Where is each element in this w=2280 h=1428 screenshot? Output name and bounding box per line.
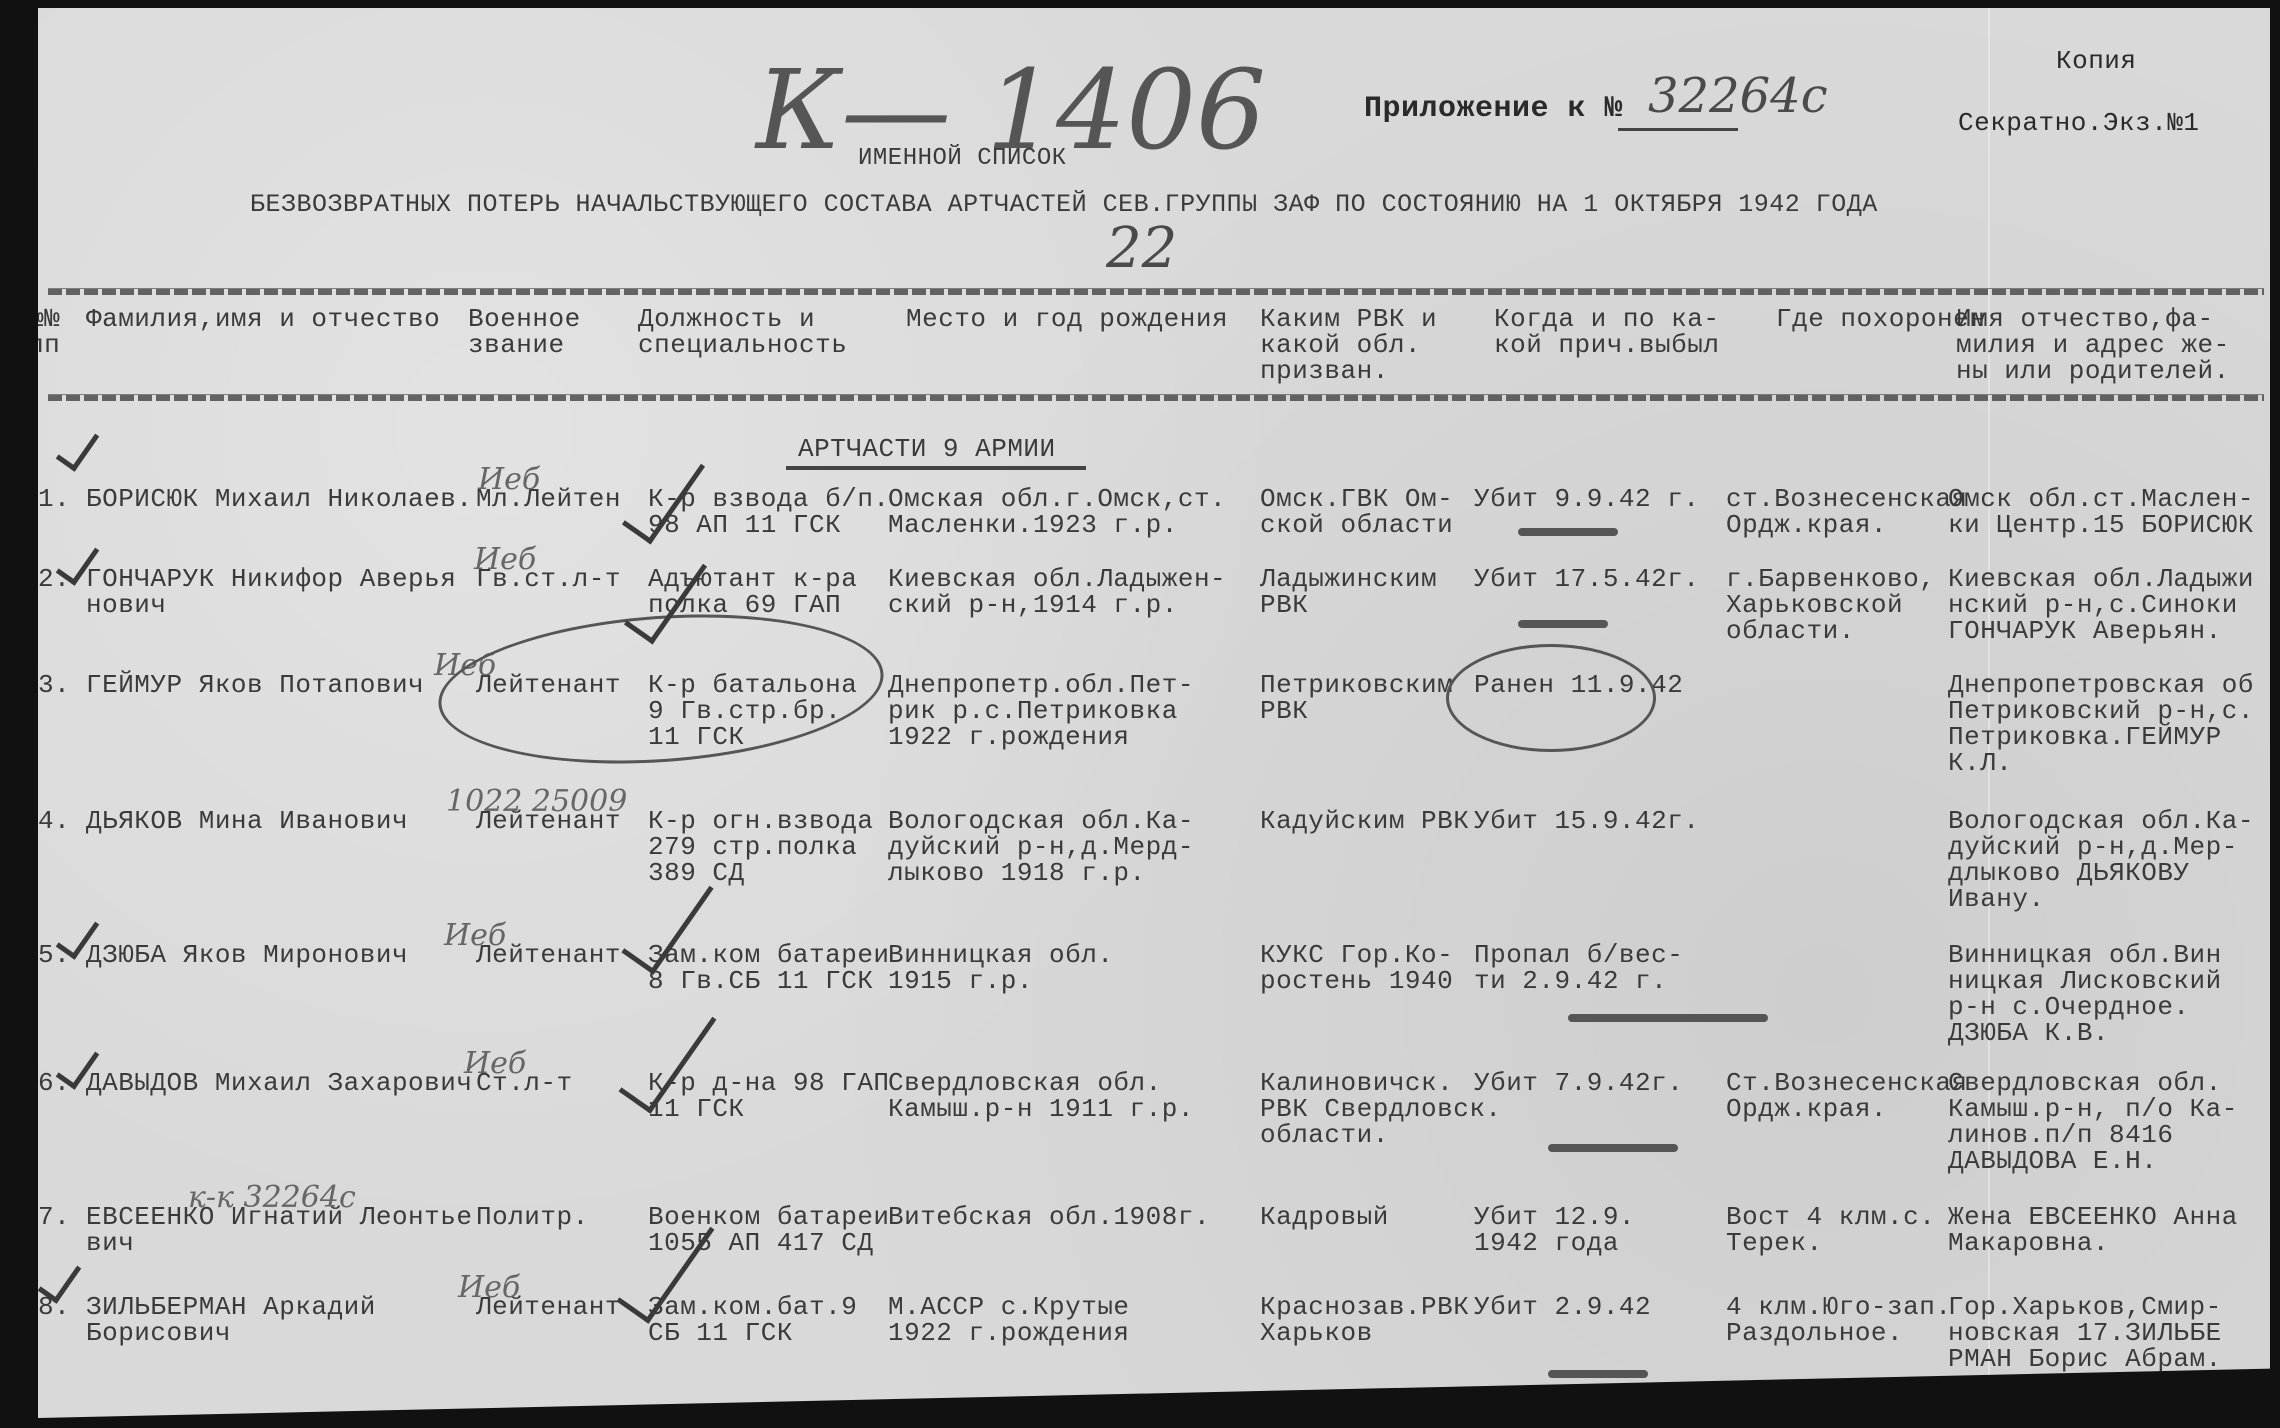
cell-birth: Днепропетр.обл.Пет- рик р.с.Петриковка 1… xyxy=(888,672,1194,750)
cell-rvk: Петриковским РВК xyxy=(1260,672,1453,724)
cell-rvk: Кадровый xyxy=(1260,1204,1389,1230)
cell-relatives: Винницкая обл.Вин ницкая Лисковский р-н … xyxy=(1948,942,2222,1046)
handwritten-note: Иеб xyxy=(464,1046,526,1081)
cell-name: ГОНЧАРУК Никифор Аверья нович xyxy=(86,566,456,618)
cell-birth: Свердловская обл. Камыш.р-н 1911 г.р. xyxy=(888,1070,1194,1122)
cell-name: БОРИСЮК Михаил Николаев. xyxy=(86,486,472,512)
cell-num: 4. xyxy=(38,808,70,834)
handwritten-note: Иеб xyxy=(478,462,540,497)
cell-position: К-р д-на 98 ГАП 11 ГСК xyxy=(648,1070,890,1122)
pencil-mark-row5 xyxy=(1568,1014,1768,1022)
cell-birth: М.АССР с.Крутые 1922 г.рождения xyxy=(888,1294,1130,1346)
handwritten-page-number: 22 xyxy=(1106,216,1177,281)
cell-name: ДАВЫДОВ Михаил Захарович xyxy=(86,1070,472,1096)
cell-name: ДЗЮБА Яков Миронович xyxy=(86,942,408,968)
cell-when-why: Убит 17.5.42г. xyxy=(1474,566,1699,592)
handwritten-note: 1022 25009 xyxy=(446,784,627,819)
cell-relatives: Свердловская обл. Камыш.р-н, п/о Ка- лин… xyxy=(1948,1070,2238,1174)
cell-rvk: Кадуйским РВК xyxy=(1260,808,1469,834)
col-header-rvk: Каким РВК и какой обл. призван. xyxy=(1260,306,1437,384)
cell-when-why: Убит 7.9.42г. xyxy=(1474,1070,1683,1096)
cell-num: 1. xyxy=(38,486,70,512)
pencil-mark-row8 xyxy=(1548,1370,1648,1378)
cell-position: Зам.ком.бат.9 СБ 11 ГСК xyxy=(648,1294,857,1346)
cell-buried: ст.Вознесенская Ордж.края. xyxy=(1726,486,1968,538)
appendix-label: Приложение к № xyxy=(1364,96,1623,122)
col-header-num: №№ пп xyxy=(28,306,60,358)
cell-position: Зам.ком батареи 8 Гв.СБ 11 ГСК xyxy=(648,942,890,994)
cell-birth: Винницкая обл. 1915 г.р. xyxy=(888,942,1113,994)
col-header-birth: Место и год рождения xyxy=(906,306,1228,332)
title-line-2: БЕЗВОЗВРАТНЫХ ПОТЕРЬ НАЧАЛЬСТВУЮЩЕГО СОС… xyxy=(250,192,1878,218)
handwritten-note: Иеб xyxy=(458,1270,520,1305)
secret-mark: Секратно.Экз.№1 xyxy=(1958,110,2200,136)
handwritten-note: к-к 32264с xyxy=(188,1180,356,1215)
cell-birth: Омская обл.г.Омск,ст. Масленки.1923 г.р. xyxy=(888,486,1226,538)
appendix-number-handwritten: 32264с xyxy=(1648,68,1828,124)
cell-birth: Витебская обл.1908г. xyxy=(888,1204,1210,1230)
pencil-mark-row1 xyxy=(1518,528,1618,536)
cell-buried: Ст.Вознесенская Ордж.края. xyxy=(1726,1070,1968,1122)
cell-relatives: Жена ЕВСЕЕНКО Анна Макаровна. xyxy=(1948,1204,2238,1256)
cell-buried: Вост 4 клм.с. Терек. xyxy=(1726,1204,1935,1256)
circled-status-row3 xyxy=(1446,644,1656,752)
header-bottom-rule xyxy=(48,394,2264,401)
handwritten-note: Иеб xyxy=(444,918,506,953)
cell-when-why: Убит 12.9. 1942 года xyxy=(1474,1204,1635,1256)
cell-num: 7. xyxy=(38,1204,70,1230)
cell-when-why: Убит 9.9.42 г. xyxy=(1474,486,1699,512)
cell-rvk: Ладыжинским РВК xyxy=(1260,566,1437,618)
title-line-1: ИМЕННОЙ СПИСОК xyxy=(858,146,1067,172)
cell-relatives: Киевская обл.Ладыжи нский р-н,с.Синоки Г… xyxy=(1948,566,2254,644)
appendix-number-underline xyxy=(1618,128,1738,131)
handwritten-note: Иеб xyxy=(474,542,536,577)
cell-buried: 4 клм.Юго-зап. Раздольное. xyxy=(1726,1294,1951,1346)
col-header-when: Когда и по ка- кой прич.выбыл xyxy=(1494,306,1719,358)
pencil-mark-row6 xyxy=(1548,1144,1678,1152)
col-header-relatives: Имя отчество,фа- милия и адрес же- ны ил… xyxy=(1956,306,2230,384)
section-title: АРТЧАСТИ 9 АРМИИ xyxy=(798,436,1056,462)
cell-rvk: Калиновичск. РВК Свердловск. области. xyxy=(1260,1070,1502,1148)
col-header-name: Фамилия,имя и отчество xyxy=(86,306,440,332)
copy-mark: Копия xyxy=(2056,48,2137,74)
pencil-mark-row2 xyxy=(1518,620,1608,628)
cell-name: ГЕЙМУР Яков Потапович xyxy=(86,672,424,698)
cell-rvk: Омск.ГВК Ом- ской области xyxy=(1260,486,1453,538)
col-header-buried: Где похоронен xyxy=(1776,306,1985,332)
cell-rvk: Краснозав.РВК Харьков xyxy=(1260,1294,1469,1346)
cell-relatives: Днепропетровская об Петриковский р-н,с. … xyxy=(1948,672,2254,776)
col-header-rank: Военное звание xyxy=(468,306,581,358)
col-header-position: Должность и специальность xyxy=(638,306,847,358)
cell-birth: Вологодская обл.Ка- дуйский р-н,д.Мерд- … xyxy=(888,808,1194,886)
section-underline xyxy=(786,466,1086,470)
cell-name: ДЬЯКОВ Мина Иванович xyxy=(86,808,408,834)
cell-num: 3. xyxy=(38,672,70,698)
cell-rvk: КУКС Гор.Ко- ростень 1940 xyxy=(1260,942,1453,994)
cell-name: ЗИЛЬБЕРМАН Аркадий Борисович xyxy=(86,1294,376,1346)
cell-relatives: Вологодская обл.Ка- дуйский р-н,д.Мер- д… xyxy=(1948,808,2254,912)
header-top-rule xyxy=(48,288,2264,295)
cell-when-why: Пропал б/вес- ти 2.9.42 г. xyxy=(1474,942,1683,994)
cell-birth: Киевская обл.Ладыжен- ский р-н,1914 г.р. xyxy=(888,566,1226,618)
checkmark-icon xyxy=(56,423,100,471)
document-page: Копия Секратно.Экз.№1 Приложение к № 322… xyxy=(38,8,2270,1418)
cell-when-why: Убит 2.9.42 xyxy=(1474,1294,1651,1320)
cell-relatives: Гор.Харьков,Смир- новская 17.ЗИЛЬБЕ РМАН… xyxy=(1948,1294,2222,1372)
cell-relatives: Омск обл.ст.Маслен- ки Центр.15 БОРИСЮК xyxy=(1948,486,2254,538)
cell-buried: г.Барвенково, Харьковской области. xyxy=(1726,566,1935,644)
cell-when-why: Убит 15.9.42г. xyxy=(1474,808,1699,834)
cell-rank: Политр. xyxy=(476,1204,589,1230)
